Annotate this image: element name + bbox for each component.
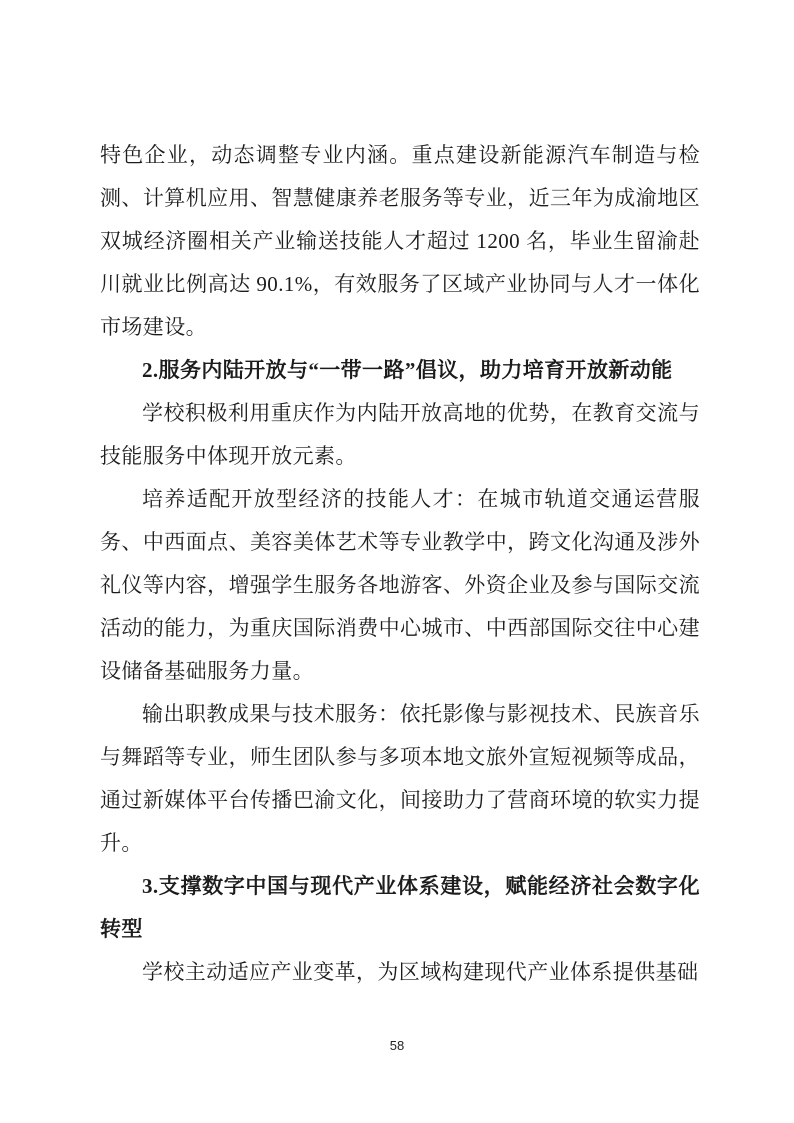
paragraph-specialty-programs-continued: 特色企业，动态调整专业内涵。重点建设新能源汽车制造与检测、计算机应用、智慧健康养… [100,134,700,349]
section-heading-3-digital-china: 3.支撑数字中国与现代产业体系建设，赋能经济社会数字化转型 [100,865,700,951]
page-number: 58 [0,1038,794,1053]
section-heading-2-inland-openness: 2.服务内陆开放与“一带一路”倡议，助力培育开放新动能 [100,349,700,392]
paragraph-vocational-output-services: 输出职教成果与技术服务：依托影像与影视技术、民族音乐与舞蹈等专业，师生团队参与多… [100,693,700,865]
document-page: 特色企业，动态调整专业内涵。重点建设新能源汽车制造与检测、计算机应用、智慧健康养… [0,0,794,1123]
page-content: 特色企业，动态调整专业内涵。重点建设新能源汽车制造与检测、计算机应用、智慧健康养… [100,134,700,994]
paragraph-open-economy-talent: 培养适配开放型经济的技能人才：在城市轨道交通运营服务、中西面点、美容美体艺术等专… [100,478,700,693]
paragraph-chongqing-openness-advantage: 学校积极利用重庆作为内陆开放高地的优势，在教育交流与技能服务中体现开放元素。 [100,392,700,478]
paragraph-industry-transformation: 学校主动适应产业变革，为区域构建现代产业体系提供基础 [100,951,700,994]
